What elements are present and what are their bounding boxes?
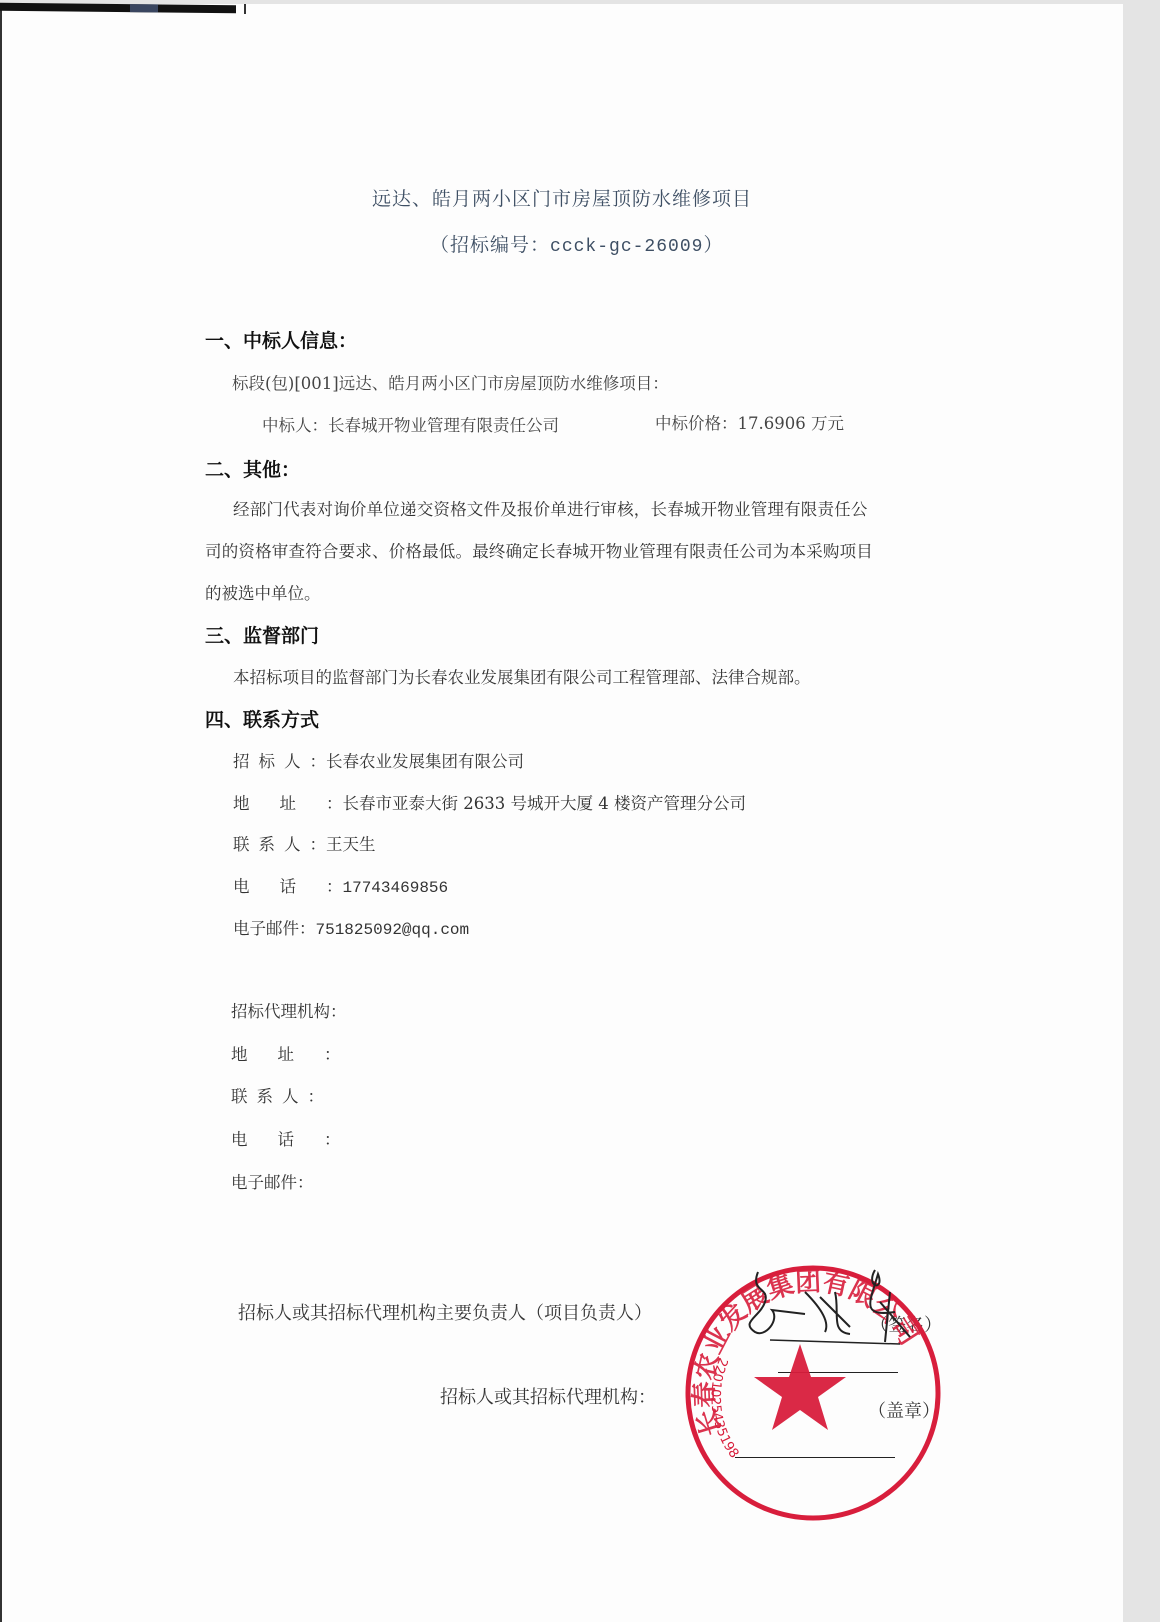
signature-line-label: 招标人或其招标代理机构主要负责人（项目负责人） xyxy=(238,1299,652,1325)
agency-address-label: 地址 xyxy=(231,1041,324,1065)
agency-contact-label: 联系人 xyxy=(231,1083,308,1107)
winner-line: 中标人：长春城开物业管理有限责任公司 xyxy=(262,412,559,436)
seal-code: 2201025435198 xyxy=(707,1355,741,1461)
winner-name: 长春城开物业管理有限责任公司 xyxy=(328,416,559,435)
tenderer-phone-row: 电话：17743469856 xyxy=(233,873,448,897)
colon: ： xyxy=(324,1130,341,1149)
colon: ： xyxy=(326,877,343,896)
section-heading-supervision: 三、监督部门 xyxy=(205,621,319,648)
agency-phone-row: 电话： xyxy=(231,1126,341,1150)
tenderer-contact: 王天生 xyxy=(326,835,376,854)
tender-number-label: （招标编号： xyxy=(430,234,550,256)
scan-edge-mark xyxy=(244,4,246,14)
tenderer-contact-label: 联系人 xyxy=(233,831,310,855)
handwritten-signature xyxy=(710,1262,930,1352)
document-title: 远达、皓月两小区门市房屋顶防水维修项目 xyxy=(372,184,752,211)
agency-email-label: 电子邮件： xyxy=(231,1169,314,1193)
price-value: 17.6906 xyxy=(738,414,806,433)
agency-contact-row: 联系人： xyxy=(231,1083,324,1107)
section-heading-winner-info: 一、中标人信息： xyxy=(205,326,357,353)
colon: ： xyxy=(310,835,327,854)
lot-description: 标段(包)[001]远达、皓月两小区门市房屋顶防水维修项目： xyxy=(232,370,669,394)
colon: ： xyxy=(324,1045,341,1064)
seal-line-label: 招标人或其招标代理机构： xyxy=(440,1383,656,1409)
agency-name-label: 招标代理机构： xyxy=(231,998,347,1022)
supervision-text: 本招标项目的监督部门为长春农业发展集团有限公司工程管理部、法律合规部。 xyxy=(233,664,811,688)
price-unit: 万元 xyxy=(811,414,844,433)
agency-phone-label: 电话 xyxy=(231,1126,324,1150)
tenderer-email: 751825092@qq.com xyxy=(316,921,470,939)
section-heading-other: 二、其他： xyxy=(205,455,300,482)
tenderer-phone: 17743469856 xyxy=(343,879,449,897)
tenderer-name-label: 招标人 xyxy=(233,748,310,772)
tenderer-email-row: 电子邮件：751825092@qq.com xyxy=(233,915,469,939)
tender-number-close: ） xyxy=(703,234,723,256)
winner-label: 中标人： xyxy=(262,416,328,435)
tender-number-line: （招标编号：ccck-gc-26009） xyxy=(430,230,723,257)
colon: ： xyxy=(326,794,343,813)
price-label: 中标价格： xyxy=(655,414,738,433)
other-paragraph-line-1: 经部门代表对询价单位递交资格文件及报价单进行审核，长春城开物业管理有限责任公 xyxy=(233,496,868,520)
other-paragraph-line-3: 的被选中单位。 xyxy=(205,580,321,604)
other-paragraph-line-2: 司的资格审查符合要求、价格最低。最终确定长春城开物业管理有限责任公司为本采购项目 xyxy=(205,538,873,562)
colon: ： xyxy=(308,1087,325,1106)
tenderer-name-row: 招标人：长春农业发展集团有限公司 xyxy=(233,748,524,772)
tenderer-address: 长春市亚泰大街 2633 号城开大厦 4 楼资产管理分公司 xyxy=(343,794,746,813)
tenderer-email-label: 电子邮件 xyxy=(233,919,299,938)
tenderer-name: 长春农业发展集团有限公司 xyxy=(326,752,524,771)
svg-text:2201025435198: 2201025435198 xyxy=(707,1355,741,1461)
tenderer-phone-label: 电话 xyxy=(233,873,326,897)
section-heading-contact: 四、联系方式 xyxy=(205,705,319,732)
colon: ： xyxy=(310,752,327,771)
tenderer-contact-row: 联系人：王天生 xyxy=(233,831,376,855)
price-line: 中标价格：17.6906 万元 xyxy=(655,410,844,434)
colon: ： xyxy=(299,919,316,938)
tenderer-address-row: 地址：长春市亚泰大街 2633 号城开大厦 4 楼资产管理分公司 xyxy=(233,790,746,814)
agency-address-row: 地址： xyxy=(231,1041,341,1065)
seal-star-icon xyxy=(754,1344,846,1430)
tenderer-address-label: 地址 xyxy=(233,790,326,814)
tender-number: ccck-gc-26009 xyxy=(550,237,703,257)
